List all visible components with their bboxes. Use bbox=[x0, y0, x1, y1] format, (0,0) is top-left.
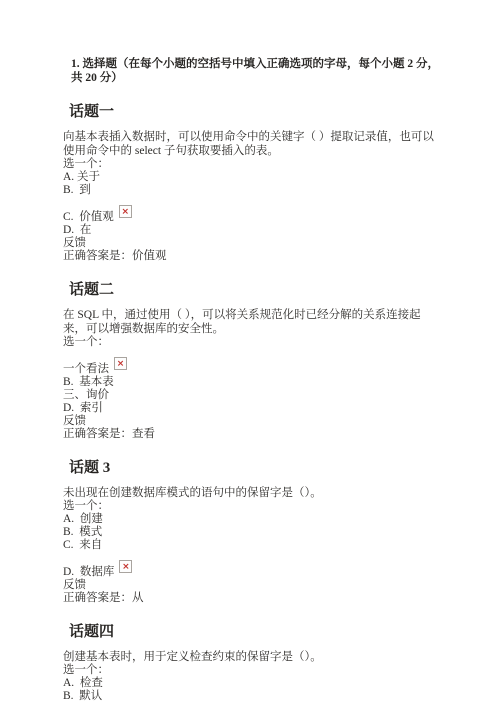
question-3: 话题 3 未出现在创建数据库模式的语句中的保留字是（）。 选一个： A. 创建 … bbox=[63, 456, 440, 605]
option-row: A. 关于 bbox=[63, 171, 440, 184]
question-2-stem: 在 SQL 中，通过使用（ ），可以将关系规范化时已经分解的关系连接起来，可以增… bbox=[63, 308, 437, 336]
question-1-heading: 话题一 bbox=[69, 100, 440, 121]
feedback-label: 反馈 bbox=[63, 579, 440, 592]
option-row: D. 在 bbox=[63, 224, 440, 237]
question-2: 话题二 在 SQL 中，通过使用（ ），可以将关系规范化时已经分解的关系连接起来… bbox=[63, 278, 440, 441]
question-4: 话题四 创建基本表时，用于定义检查约束的保留字是（）。 选一个： A. 检查 B… bbox=[63, 620, 440, 703]
question-3-heading: 话题 3 bbox=[69, 456, 440, 477]
option-label: A. 创建 bbox=[63, 513, 103, 525]
option-row: 三、询价 bbox=[63, 389, 440, 402]
question-2-choose-label: 选一个： bbox=[63, 336, 440, 349]
question-1-stem: 向基本表插入数据时，可以使用命令中的关键字（ ）提取记录值，也可以使用命令中的 … bbox=[63, 130, 437, 158]
exam-page: 1. 选择题（在每个小题的空括号中填入正确选项的字母，每个小题 2 分，共 20… bbox=[0, 0, 500, 707]
question-4-choose-label: 选一个： bbox=[63, 664, 440, 677]
option-label: D. 索引 bbox=[63, 402, 103, 414]
option-label: A. 关于 bbox=[63, 171, 100, 183]
option-row: B. 到 bbox=[63, 184, 440, 197]
option-label: B. 默认 bbox=[63, 690, 102, 702]
option-label: C. 来自 bbox=[63, 539, 102, 551]
correct-answer: 正确答案是：查看 bbox=[63, 428, 440, 441]
option-label: B. 到 bbox=[63, 184, 91, 196]
question-4-heading: 话题四 bbox=[69, 620, 440, 641]
option-row: 一个看法× bbox=[63, 357, 440, 376]
option-row: C. 来自 bbox=[63, 539, 440, 552]
option-row: D. 数据库× bbox=[63, 560, 440, 579]
option-label: B. 基本表 bbox=[63, 376, 114, 388]
question-4-stem: 创建基本表时，用于定义检查约束的保留字是（）。 bbox=[63, 650, 437, 664]
instructions: 1. 选择题（在每个小题的空括号中填入正确选项的字母，每个小题 2 分，共 20… bbox=[71, 57, 440, 85]
option-row: A. 检查 bbox=[63, 677, 440, 690]
option-label: D. 在 bbox=[63, 224, 91, 236]
correct-answer: 正确答案是：价值观 bbox=[63, 250, 440, 263]
option-row: D. 索引 bbox=[63, 402, 440, 415]
option-label: D. 数据库 bbox=[63, 566, 114, 578]
option-label: B. 模式 bbox=[63, 526, 102, 538]
correct-answer: 正确答案是：从 bbox=[63, 592, 440, 605]
option-label: C. 价值观 bbox=[63, 211, 114, 223]
option-row: A. 创建 bbox=[63, 513, 440, 526]
question-1-choose-label: 选一个： bbox=[63, 158, 440, 171]
feedback-label: 反馈 bbox=[63, 237, 440, 250]
option-row: B. 默认 bbox=[63, 690, 440, 703]
question-1: 话题一 向基本表插入数据时，可以使用命令中的关键字（ ）提取记录值，也可以使用命… bbox=[63, 100, 440, 263]
question-3-choose-label: 选一个： bbox=[63, 500, 440, 513]
option-row: C. 价值观× bbox=[63, 205, 440, 224]
broken-image-icon: × bbox=[119, 205, 132, 218]
broken-image-icon: × bbox=[119, 560, 132, 573]
option-row: B. 基本表 bbox=[63, 376, 440, 389]
option-label: A. 检查 bbox=[63, 677, 103, 689]
question-3-stem: 未出现在创建数据库模式的语句中的保留字是（）。 bbox=[63, 486, 437, 500]
option-label: 三、询价 bbox=[63, 389, 109, 401]
option-label: 一个看法 bbox=[63, 363, 109, 375]
question-2-heading: 话题二 bbox=[69, 278, 440, 299]
feedback-label: 反馈 bbox=[63, 415, 440, 428]
option-row: B. 模式 bbox=[63, 526, 440, 539]
broken-image-icon: × bbox=[114, 357, 127, 370]
